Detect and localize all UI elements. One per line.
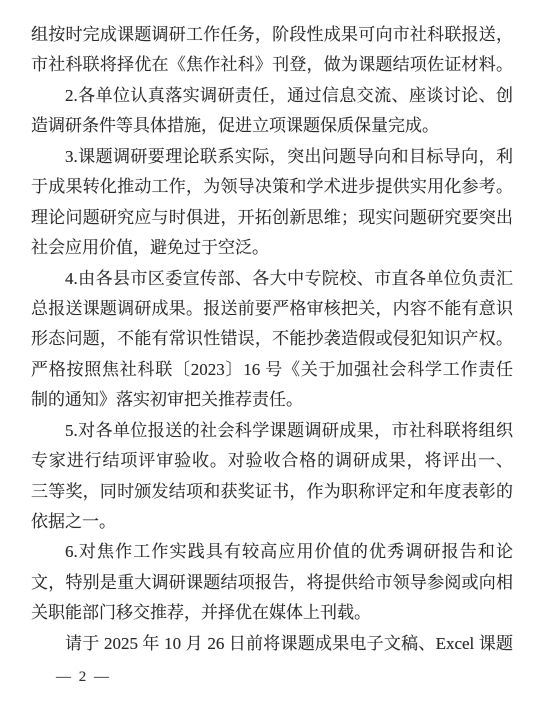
- text-line: 三等奖，同时颁发结项和获奖证书，作为职称评定和年度表彰的: [31, 477, 513, 507]
- text-line: 形态问题，不能有常识性错误，不能抄袭造假或侵犯知识产权。: [31, 324, 513, 354]
- text-line: 理论问题研究应与时俱进，开拓创新思维；现实问题研究要突出: [31, 203, 513, 233]
- text-line: 总报送课题调研成果。报送前要严格审核把关，内容不能有意识: [31, 294, 513, 324]
- text-line: 依据之一。: [31, 507, 513, 537]
- text-line: 社会应用价值，避免过于空泛。: [31, 233, 513, 263]
- text-line: 严格按照焦社科联〔2023〕16 号《关于加强社会科学工作责任: [31, 355, 513, 385]
- text-line: 请于 2025 年 10 月 26 日前将课题成果电子文稿、Excel 课题: [31, 629, 513, 659]
- text-line: 3.课题调研要理论联系实际，突出问题导向和目标导向，利: [31, 142, 513, 172]
- text-line: 4.由各县市区委宣传部、各大中专院校、市直各单位负责汇: [31, 264, 513, 294]
- text-line: 文，特别是重大调研课题结项报告，将提供给市领导参阅或向相: [31, 568, 513, 598]
- text-line: 2.各单位认真落实调研责任，通过信息交流、座谈讨论、创: [31, 81, 513, 111]
- text-line: 市社科联将择优在《焦作社科》刊登，做为课题结项佐证材料。: [31, 50, 513, 80]
- document-body: 组按时完成课题调研工作任务，阶段性成果可向市社科联报送， 市社科联将择优在《焦作…: [31, 20, 513, 659]
- text-line: 关职能部门移交推荐，并择优在媒体上刊载。: [31, 598, 513, 628]
- text-line: 于成果转化推动工作，为领导决策和学术进步提供实用化参考。: [31, 172, 513, 202]
- text-line: 制的通知》落实初审把关推荐责任。: [31, 385, 513, 415]
- page-number: — 2 —: [56, 669, 111, 686]
- text-line: 组按时完成课题调研工作任务，阶段性成果可向市社科联报送，: [31, 20, 513, 50]
- document-page: 组按时完成课题调研工作任务，阶段性成果可向市社科联报送， 市社科联将择优在《焦作…: [0, 0, 540, 721]
- text-line: 造调研条件等具体措施，促进立项课题保质保量完成。: [31, 111, 513, 141]
- text-line: 6.对焦作工作实践具有较高应用价值的优秀调研报告和论: [31, 537, 513, 567]
- text-line: 5.对各单位报送的社会科学课题调研成果，市社科联将组织: [31, 416, 513, 446]
- text-line: 专家进行结项评审验收。对验收合格的调研成果，将评出一、二、: [31, 446, 513, 476]
